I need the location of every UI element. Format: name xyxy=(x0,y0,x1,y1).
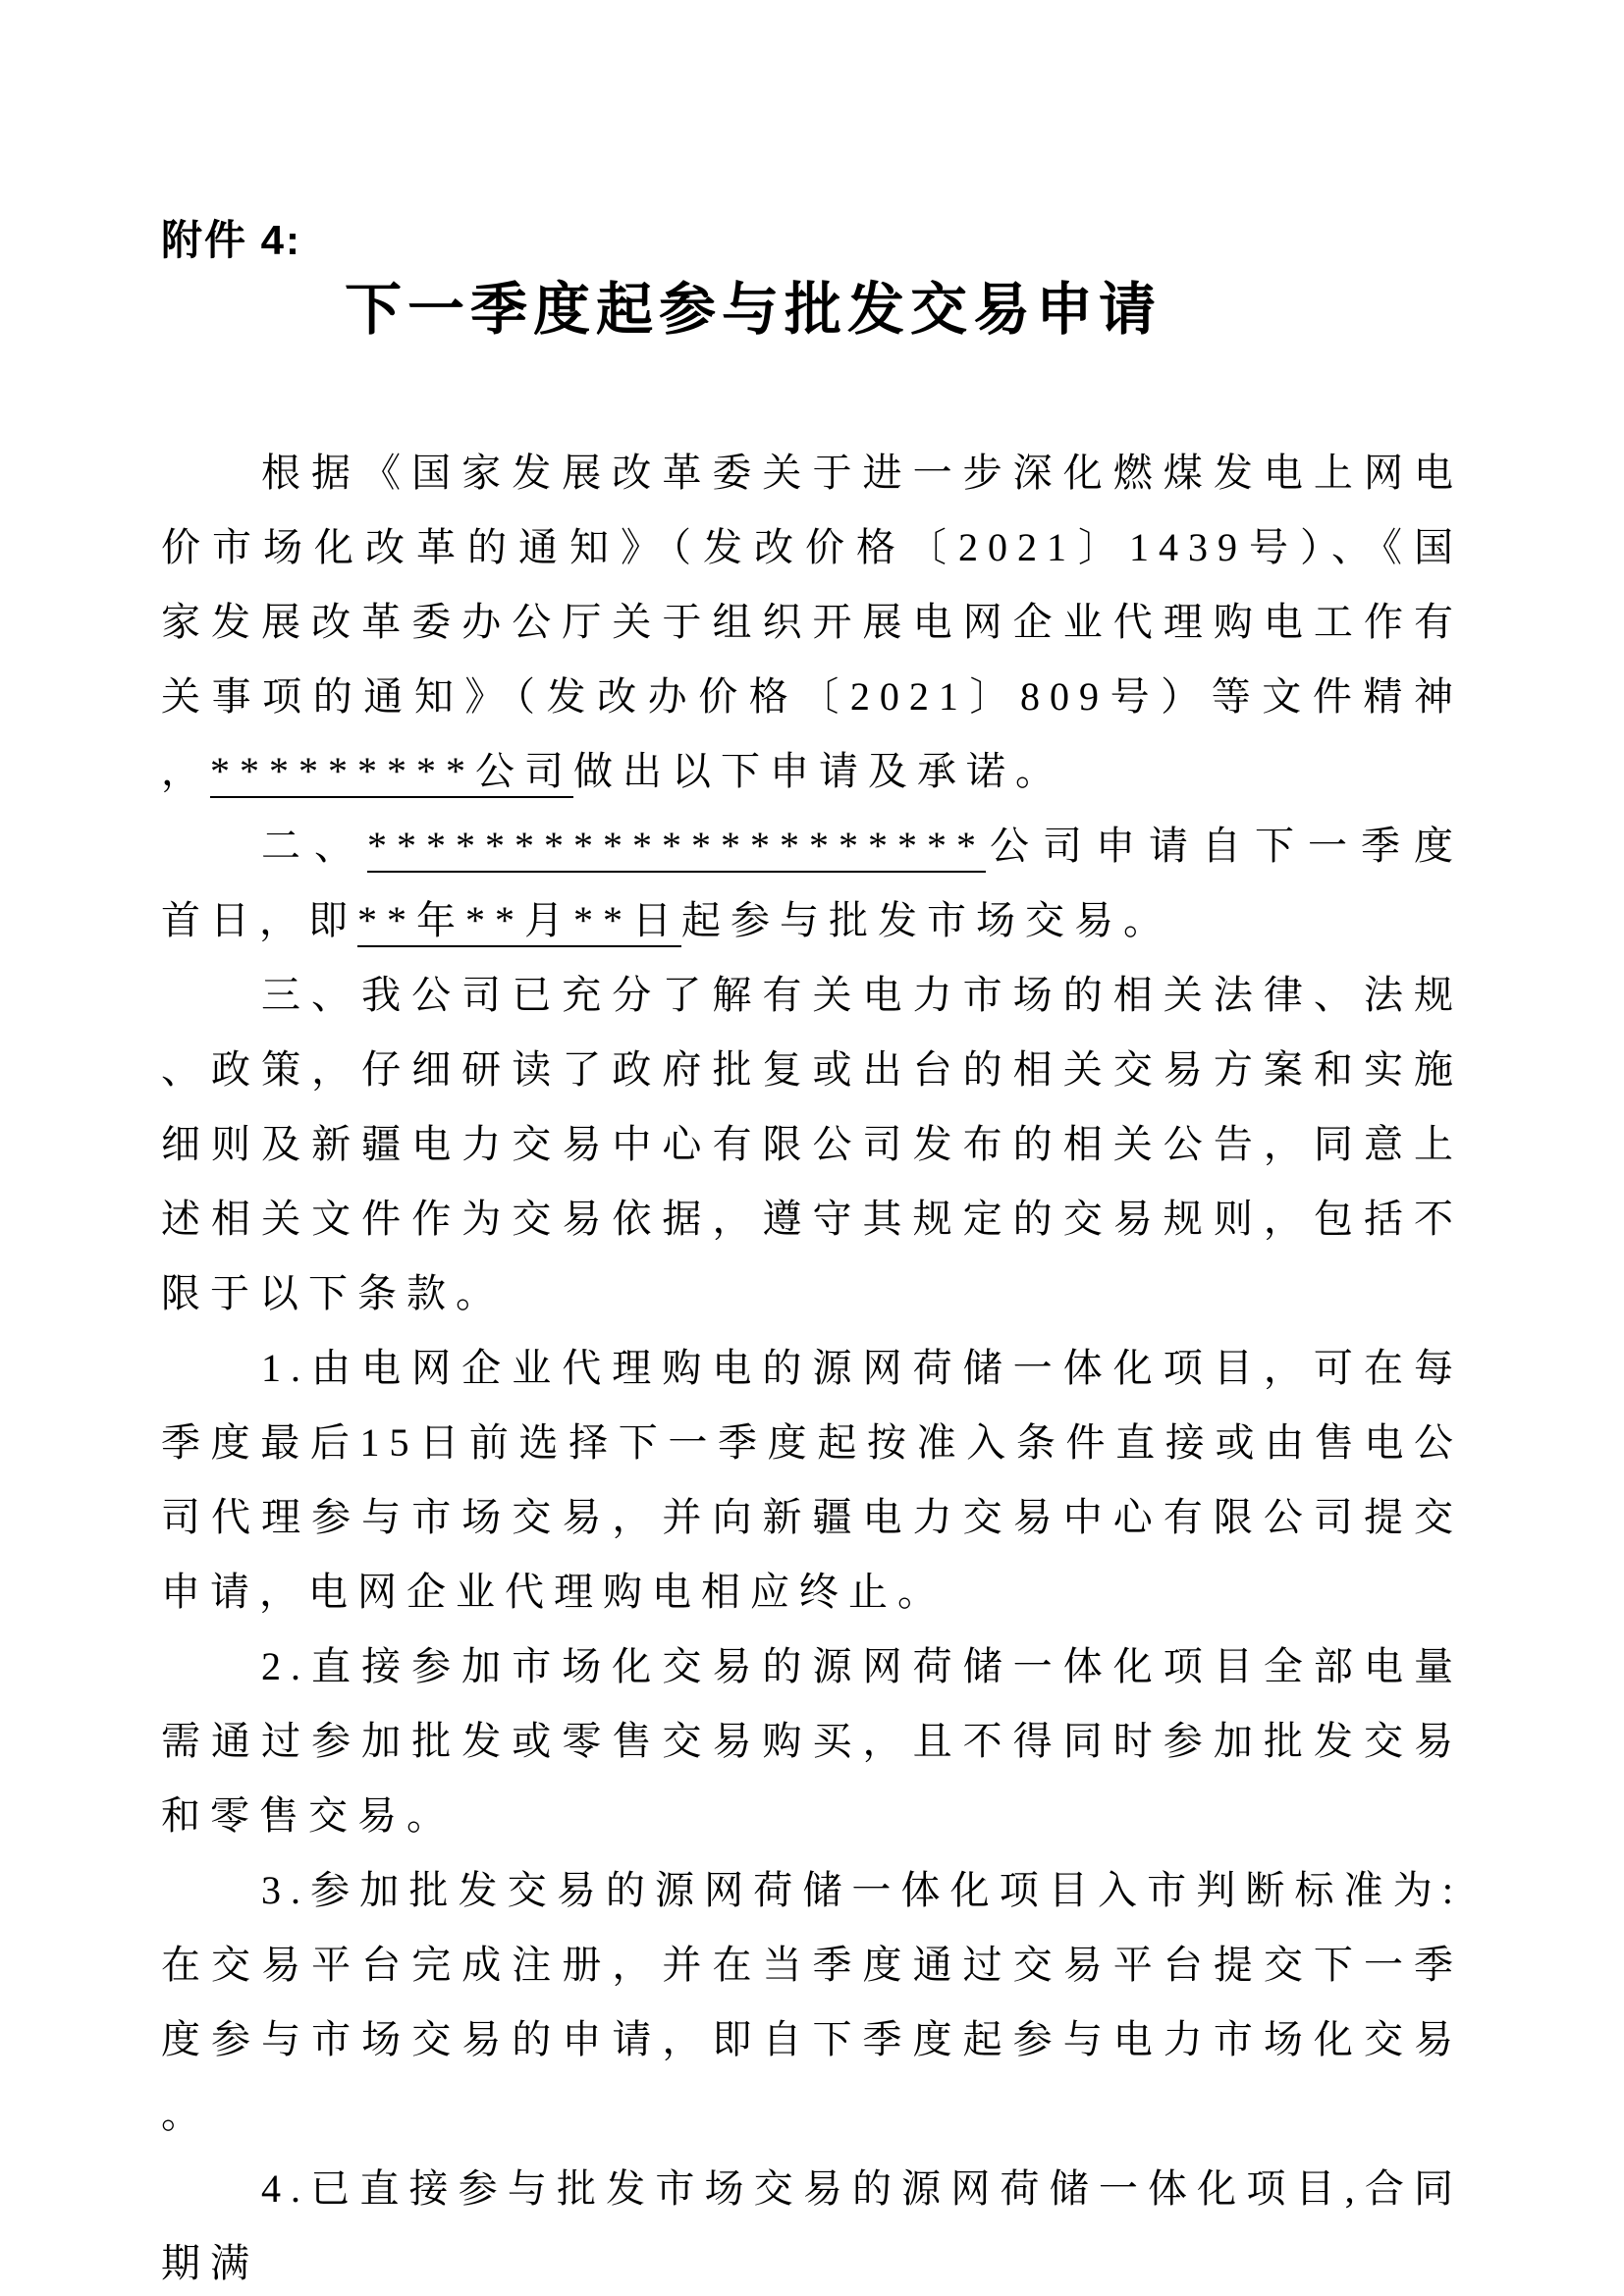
text-segment: 3.参加批发交易的源网荷储一体化项目入市判断标准为:在交易平台完成注册，并在当季… xyxy=(161,1868,1463,2136)
underlined-blank-segment: **年**月**日 xyxy=(357,898,681,942)
paragraph-item-2: 2.直接参加市场化交易的源网荷储一体化项目全部电量需通过参加批发或零售交易购买，… xyxy=(161,1629,1463,1853)
document-title: 下一季度起参与批发交易申请 xyxy=(161,275,1463,346)
text-segment: 1.由电网企业代理购电的源网荷储一体化项目，可在每季度最后15日前选择下一季度起… xyxy=(161,1346,1463,1614)
document-content: 附件 4: 下一季度起参与批发交易申请 根据《国家发展改革委关于进一步深化燃煤发… xyxy=(0,0,1624,2296)
text-segment: 三、我公司已充分了解有关电力市场的相关法律、法规、政策，仔细研读了政府批复或出台… xyxy=(161,973,1463,1315)
document-page: 附件 4: 下一季度起参与批发交易申请 根据《国家发展改革委关于进一步深化燃煤发… xyxy=(0,0,1624,2296)
text-segment: 2.直接参加市场化交易的源网荷储一体化项目全部电量需通过参加批发或零售交易购买，… xyxy=(161,1644,1463,1838)
paragraph-clause-2: 二、*********************公司申请自下一季度首日，即**年*… xyxy=(161,809,1463,958)
paragraph-intro: 根据《国家发展改革委关于进一步深化燃煤发电上网电价市场化改革的通知》（发改价格〔… xyxy=(161,436,1463,809)
text-segment: 二、 xyxy=(261,824,367,868)
attachment-label: 附件 4: xyxy=(161,218,1463,263)
text-segment: 4.已直接参与批发市场交易的源网荷储一体化项目,合同期满 xyxy=(161,2166,1463,2285)
underlined-blank-segment: ********************* xyxy=(367,824,986,868)
paragraph-item-1: 1.由电网企业代理购电的源网荷储一体化项目，可在每季度最后15日前选择下一季度起… xyxy=(161,1331,1463,1629)
underlined-blank-segment: *********公司 xyxy=(210,749,573,793)
paragraph-item-3: 3.参加批发交易的源网荷储一体化项目入市判断标准为:在交易平台完成注册，并在当季… xyxy=(161,1853,1463,2152)
text-segment: 根据《国家发展改革委关于进一步深化燃煤发电上网电价市场化改革的通知》（发改价格〔… xyxy=(161,451,1463,793)
text-segment: 做出以下申请及承诺。 xyxy=(573,749,1064,793)
document-body: 根据《国家发展改革委关于进一步深化燃煤发电上网电价市场化改革的通知》（发改价格〔… xyxy=(161,436,1463,2296)
paragraph-clause-3: 三、我公司已充分了解有关电力市场的相关法律、法规、政策，仔细研读了政府批复或出台… xyxy=(161,958,1463,1331)
text-segment: 起参与批发市场交易。 xyxy=(681,898,1172,942)
paragraph-item-4: 4.已直接参与批发市场交易的源网荷储一体化项目,合同期满 xyxy=(161,2152,1463,2296)
